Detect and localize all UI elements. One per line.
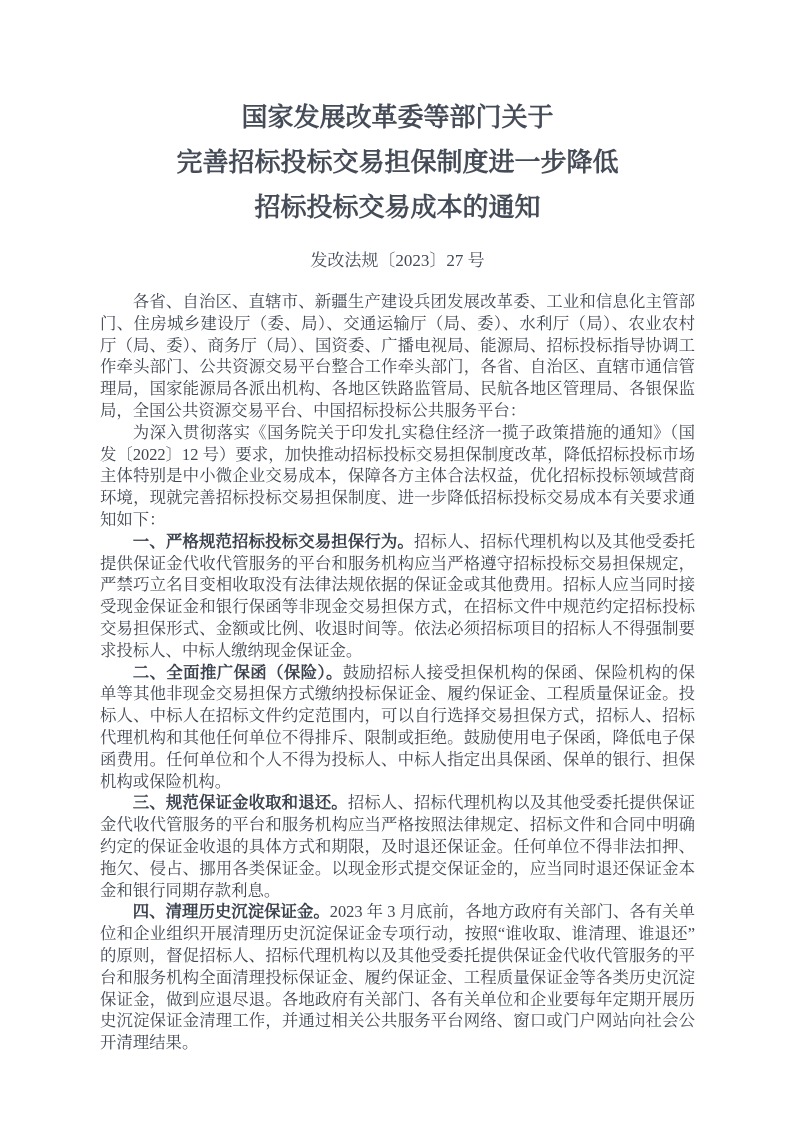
document-title: 国家发展改革委等部门关于 完善招标投标交易担保制度进一步降低 招标投标交易成本的…: [100, 95, 695, 230]
paragraph-section-4: 四、清理历史沉淀保证金。2023 年 3 月底前，各地方政府有关部门、各有关单位…: [100, 901, 695, 1054]
title-line-3: 招标投标交易成本的通知: [100, 185, 695, 230]
paragraph-text: 各省、自治区、直辖市、新疆生产建设兵团发展改革委、工业和信息化主管部门、住房城乡…: [100, 292, 695, 420]
paragraph-text: 2023 年 3 月底前，各地方政府有关部门、各有关单位和企业组织开展清理历史沉…: [100, 902, 695, 1052]
section-4-heading: 四、清理历史沉淀保证金。: [133, 902, 330, 921]
document-body: 各省、自治区、直辖市、新疆生产建设兵团发展改革委、工业和信息化主管部门、住房城乡…: [100, 291, 695, 1054]
paragraph-intro: 为深入贯彻落实《国务院关于印发扎实稳住经济一揽子政策措施的通知》（国发〔2022…: [100, 422, 695, 531]
section-2-heading: 二、全面推广保函（保险）。: [133, 663, 343, 682]
document-number: 发改法规〔2023〕27 号: [100, 246, 695, 271]
paragraph-text: 为深入贯彻落实《国务院关于印发扎实稳住经济一揽子政策措施的通知》（国发〔2022…: [100, 423, 695, 529]
title-line-1: 国家发展改革委等部门关于: [100, 95, 695, 140]
section-3-heading: 三、规范保证金收取和退还。: [133, 793, 348, 812]
paragraph-section-2: 二、全面推广保函（保险）。鼓励招标人接受担保机构的保函、保险机构的保单等其他非现…: [100, 662, 695, 793]
document-page: 国家发展改革委等部门关于 完善招标投标交易担保制度进一步降低 招标投标交易成本的…: [0, 0, 793, 1122]
title-line-2: 完善招标投标交易担保制度进一步降低: [100, 140, 695, 185]
paragraph-recipients: 各省、自治区、直辖市、新疆生产建设兵团发展改革委、工业和信息化主管部门、住房城乡…: [100, 291, 695, 422]
section-1-heading: 一、严格规范招标投标交易担保行为。: [133, 532, 414, 551]
paragraph-section-1: 一、严格规范招标投标交易担保行为。招标人、招标代理机构以及其他受委托提供保证金代…: [100, 531, 695, 662]
paragraph-section-3: 三、规范保证金收取和退还。招标人、招标代理机构以及其他受委托提供保证金代收代管服…: [100, 792, 695, 901]
